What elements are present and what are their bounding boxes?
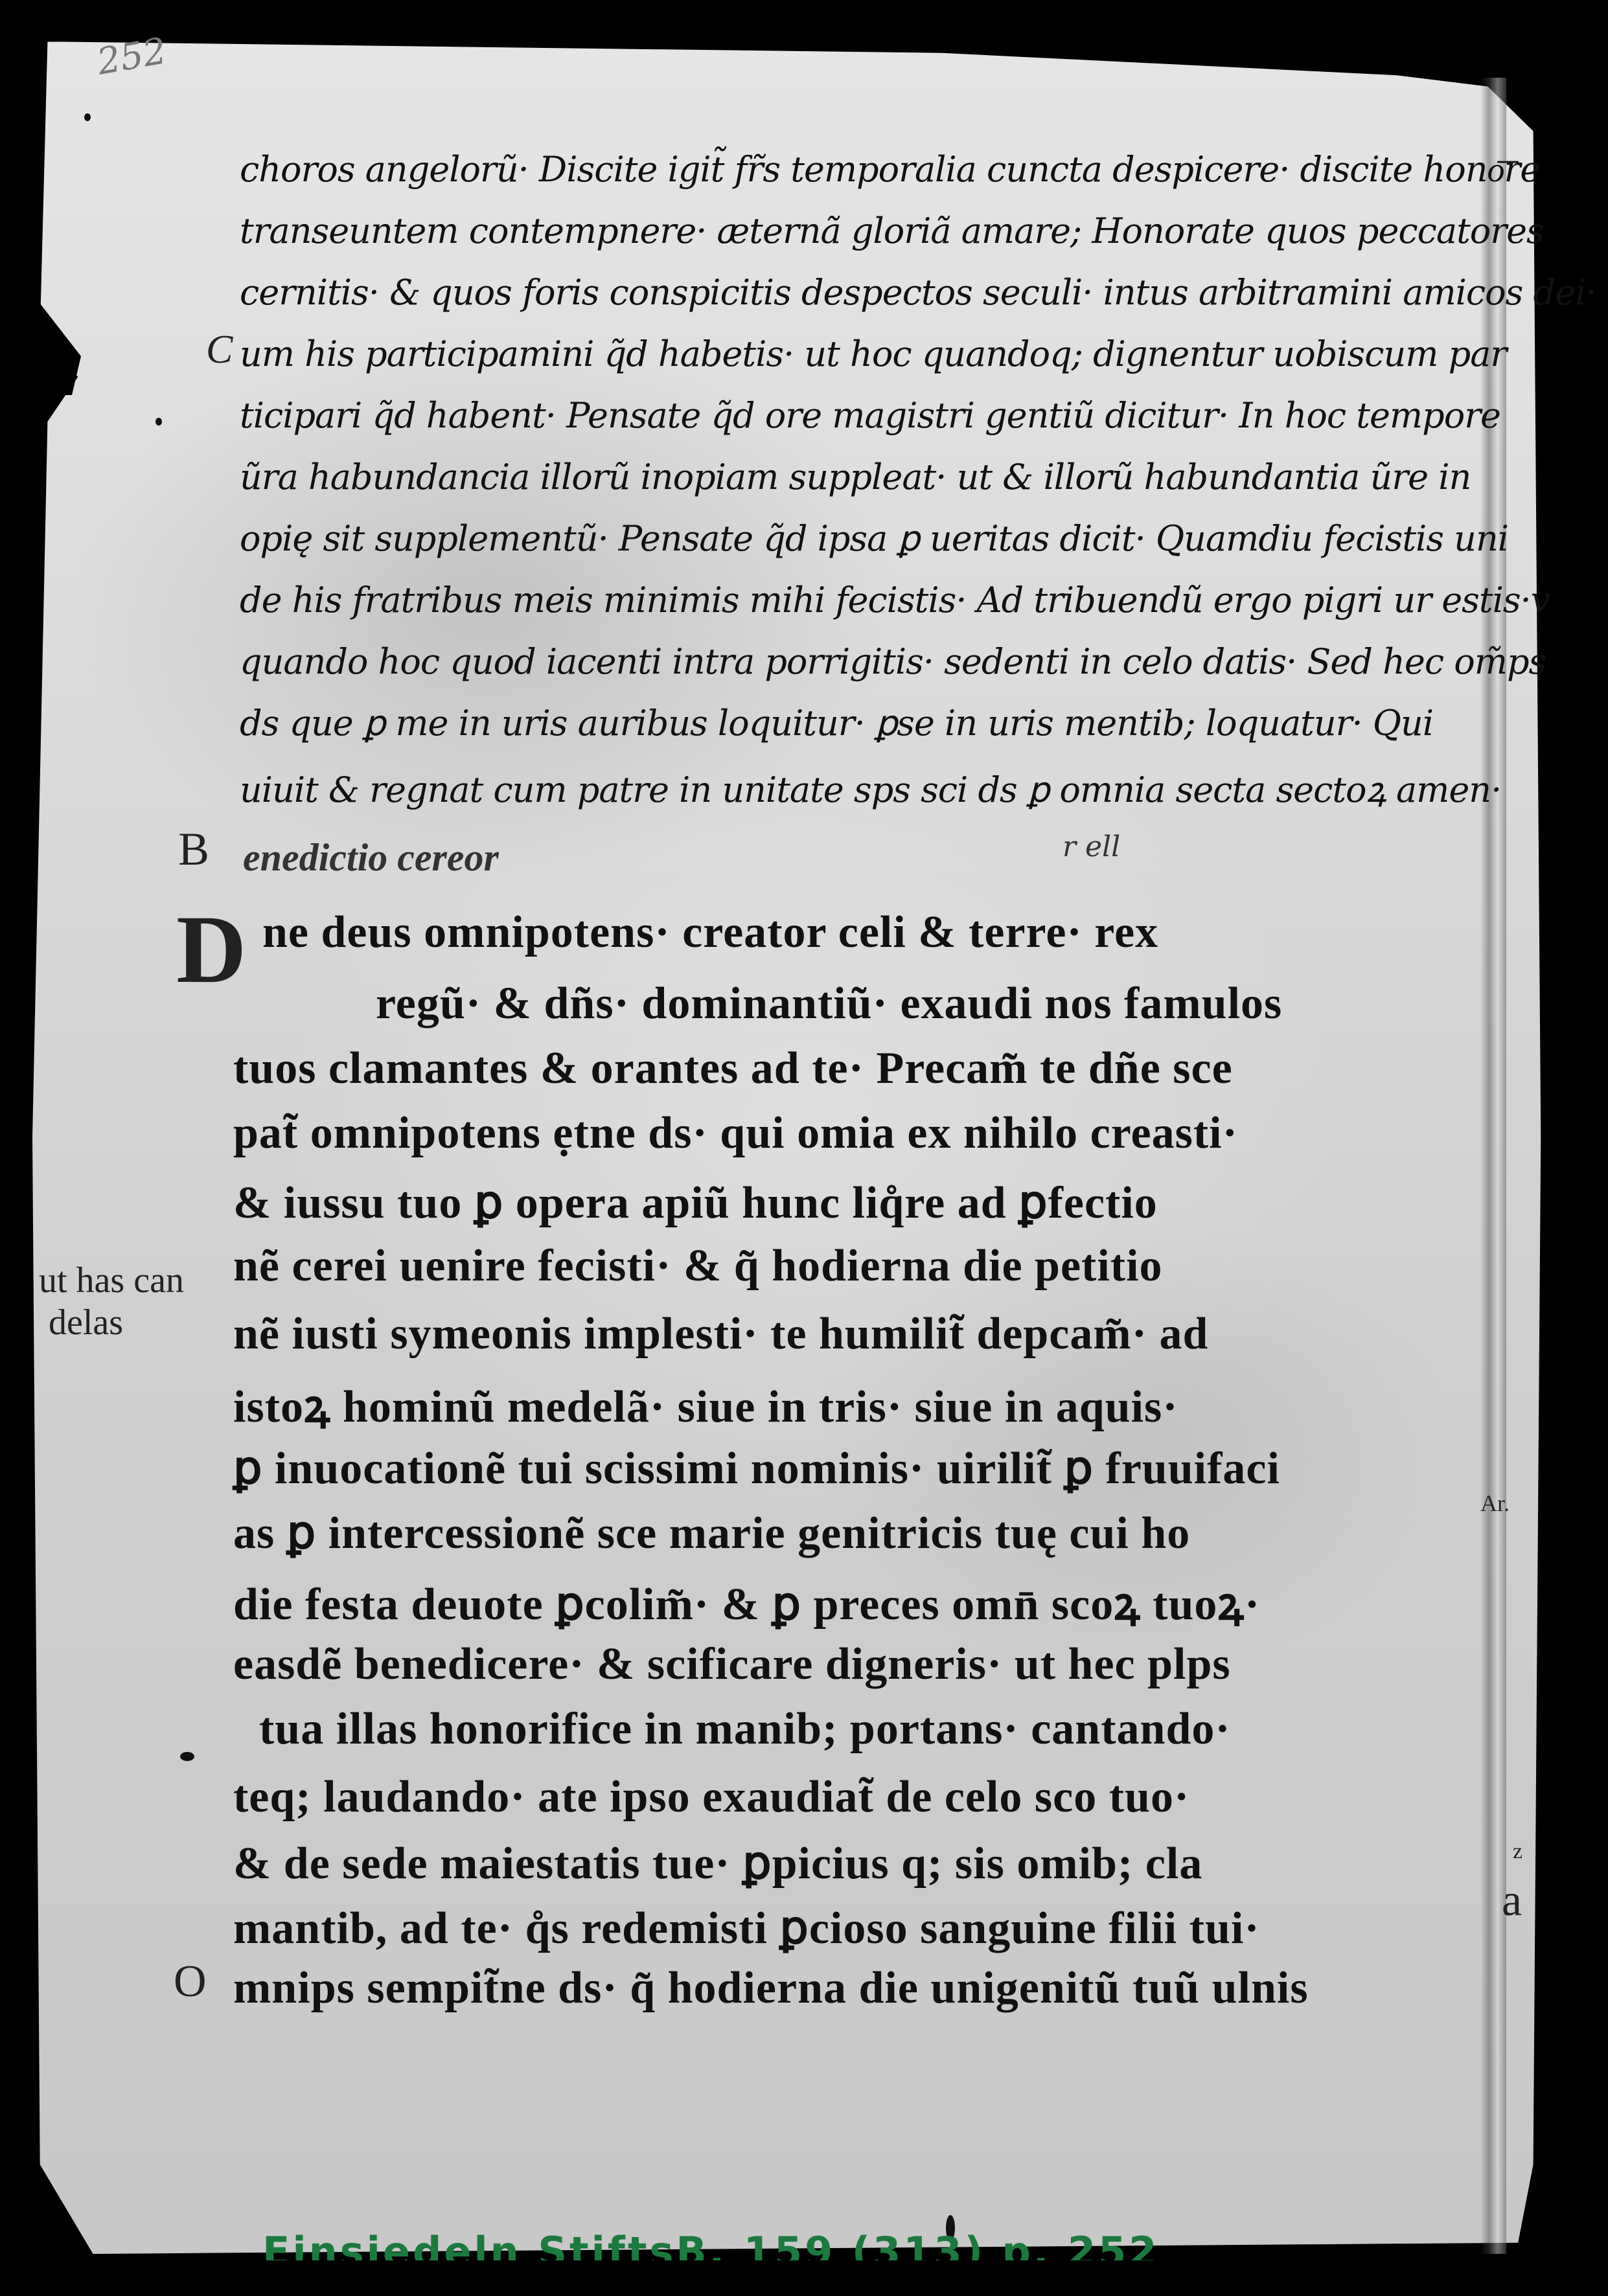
text-line: teq; laudando· ate ipso exaudiat̃ de cel… [233, 1771, 1189, 1823]
text-line: tuos clamantes & orantes ad te· Precam̃ … [233, 1043, 1233, 1095]
initial-d: D [176, 894, 246, 1005]
text-line: de his fratribus meis minimis mihi fecis… [240, 580, 1550, 620]
text-line: nẽ cerei uenire fecisti· & q̃ hodierna d… [233, 1240, 1163, 1292]
text-line: ꝑ inuocationẽ tui scissimi nominis· uiri… [233, 1441, 1280, 1495]
text-line: ũra habundancia illorũ inopiam suppleat·… [240, 457, 1471, 497]
initial-b: B [178, 823, 209, 876]
text-line: pat̃ omnipotens ẹtne ds· qui omia ex nih… [233, 1108, 1238, 1159]
text-line: quando hoc quod iacenti intra porrigitis… [240, 641, 1546, 682]
text-line: ne deus omnipotens· creator celi & terre… [262, 907, 1158, 959]
text-line: ticipari q̃d habent· Pensate q̃d ore mag… [240, 395, 1500, 436]
ink-spot [155, 418, 162, 426]
text-line: & iussu tuo ꝑ opera apiũ hunc liq̊re ad … [233, 1176, 1158, 1229]
text-line: tua illas honorifice in manib; portans· … [259, 1703, 1231, 1755]
text-line: transeuntem contempnere· æternã gloriã a… [240, 210, 1544, 251]
interlinear-note: r ell [1062, 830, 1120, 863]
text-line: mantib, ad te· q̊s redemisti ꝑcioso sang… [233, 1901, 1260, 1955]
text-line: choros angelorũ· Discite igit̃ fr̃s temp… [240, 149, 1540, 190]
text-line: ds que ꝑ me in uris auribus loquitur· ꝑs… [240, 703, 1433, 744]
text-line: as ꝑ intercessionẽ sce marie genitricis … [233, 1506, 1190, 1560]
text-line: cernitis· & quos foris conspicitis despe… [240, 272, 1596, 313]
text-line: & de sede maiestatis tue· ꝑpicius q; sis… [233, 1836, 1202, 1890]
margin-note-right: z [1513, 1839, 1522, 1864]
initial-o: O [174, 1956, 207, 2008]
rubric-title: enedictio cereor [243, 835, 499, 880]
text-line: um his participamini q̃d habetis· ut hoc… [240, 334, 1506, 374]
text-line: istoꝝ hominũ medelã· siue in tris· siue … [233, 1373, 1178, 1435]
margin-note-right: Ar. [1480, 1490, 1510, 1517]
scan-border-bottom [0, 2260, 1608, 2296]
text-line: mnips sempit̃ne ds· q̃ hodierna die unig… [233, 1962, 1309, 2014]
text-line: easdẽ benedicere· & scificare digneris· … [233, 1639, 1231, 1690]
initial-c: C [206, 327, 233, 373]
text-line: regũ· & dñs· dominantiũ· exaudi nos famu… [376, 978, 1282, 1030]
margin-note-left: ut has can [39, 1260, 184, 1301]
text-line: nẽ iusti symeonis implesti· te humilit̃ … [233, 1308, 1208, 1360]
text-line: uiuit & regnat cum patre in unitate sps … [240, 764, 1501, 812]
margin-note-left: delas [49, 1302, 123, 1343]
text-line: opię sit supplementũ· Pensate q̃d ipsa ꝑ… [240, 518, 1508, 559]
ink-spot [180, 1752, 194, 1761]
text-line: die festa deuote ꝑcolim̃· & ꝑ preces omn… [233, 1571, 1260, 1633]
ink-spot [84, 113, 91, 121]
margin-note-right: a [1502, 1875, 1522, 1927]
